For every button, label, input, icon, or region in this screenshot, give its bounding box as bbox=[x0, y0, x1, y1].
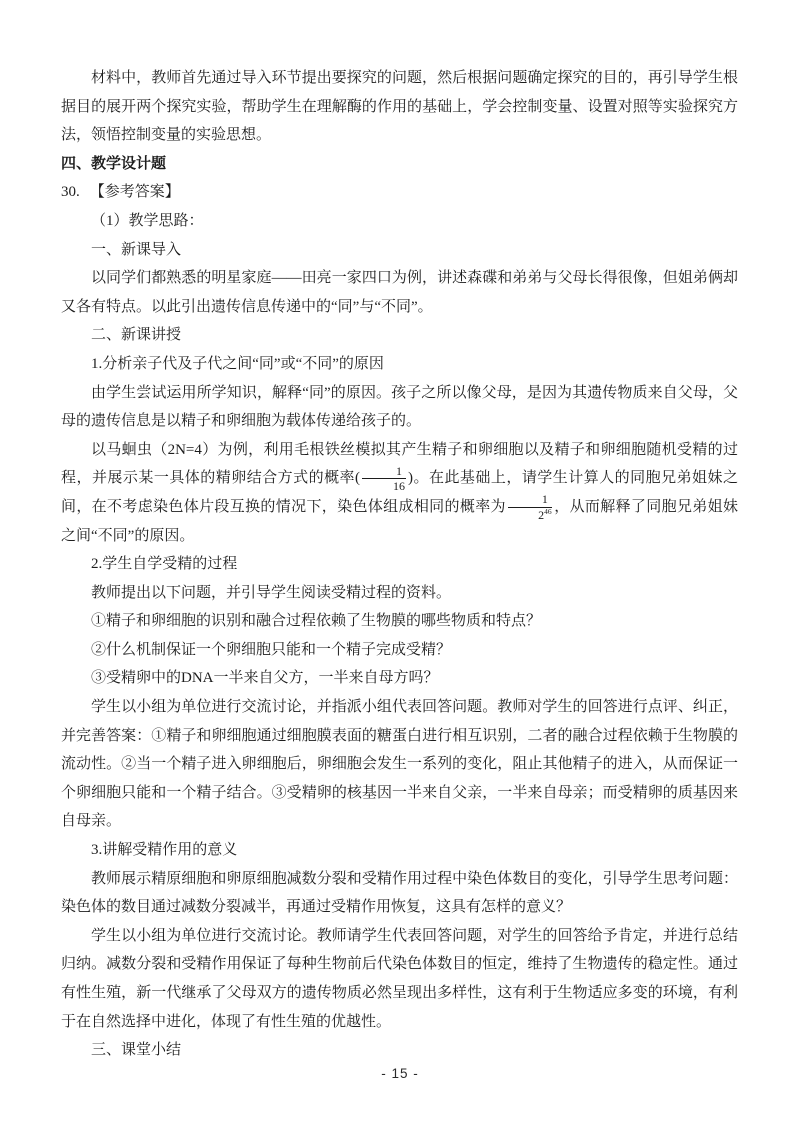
section-heading-teaching-design: 四、教学设计题 bbox=[61, 150, 738, 179]
fraction-1-16-denominator: 16 bbox=[362, 479, 406, 492]
paragraph-point-3-body: 教师展示精原细胞和卵原细胞减数分裂和受精作用过程中染色体数目的变化，引导学生思考… bbox=[61, 865, 738, 922]
fraction-1-2pow46-numerator: 1 bbox=[508, 493, 552, 507]
paragraph-point-1-math: 以马蛔虫（2N=4）为例，利用毛根铁丝模拟其产生精子和卵细胞以及精子和卵细胞随机… bbox=[61, 436, 738, 550]
fraction-1-16-numerator: 1 bbox=[362, 465, 406, 479]
document-body: 材料中，教师首先通过导入环节提出要探究的问题，然后根据问题确定探究的目的，再引导… bbox=[61, 64, 738, 1065]
step-2-heading: 二、新课讲授 bbox=[61, 321, 738, 350]
point-1-title: 1.分析亲子代及子代之间“同”或“不同”的原因 bbox=[61, 350, 738, 379]
sub-question-1-label: （1）教学思路： bbox=[61, 207, 738, 236]
paragraph-point-2-intro: 教师提出以下问题，并引导学生阅读受精过程的资料。 bbox=[61, 579, 738, 608]
question-item-3: ③受精卵中的DNA一半来自父方，一半来自母方吗？ bbox=[61, 664, 738, 693]
paragraph-step-1-body: 以同学们都熟悉的明星家庭——田亮一家四口为例，讲述森碟和弟弟与父母长得很像，但姐… bbox=[61, 264, 738, 321]
step-3-heading: 三、课堂小结 bbox=[61, 1036, 738, 1065]
answer-30-line: 30.【参考答案】 bbox=[61, 178, 738, 207]
paragraph-point-3-discussion: 学生以小组为单位进行交流讨论。教师请学生代表回答问题，对学生的回答给予肯定，并进… bbox=[61, 922, 738, 1036]
document-page: 材料中，教师首先通过导入环节提出要探究的问题，然后根据问题确定探究的目的，再引导… bbox=[0, 0, 800, 1132]
fraction-denominator-exponent: 46 bbox=[544, 507, 552, 516]
paragraph-point-1-body: 由学生尝试运用所学知识，解释“同”的原因。孩子之所以像父母，是因为其遗传物质来自… bbox=[61, 379, 738, 436]
step-1-heading: 一、新课导入 bbox=[61, 236, 738, 265]
answer-30-number: 30. bbox=[61, 184, 80, 200]
answer-30-label: 【参考答案】 bbox=[90, 184, 180, 200]
paragraph-materials-summary: 材料中，教师首先通过导入环节提出要探究的问题，然后根据问题确定探究的目的，再引导… bbox=[61, 64, 738, 150]
page-number: - 15 - bbox=[0, 1066, 800, 1081]
point-2-title: 2.学生自学受精的过程 bbox=[61, 550, 738, 579]
paragraph-point-2-discussion: 学生以小组为单位进行交流讨论，并指派小组代表回答问题。教师对学生的回答进行点评、… bbox=[61, 693, 738, 836]
fraction-1-16: 116 bbox=[362, 465, 406, 492]
point-3-title: 3.讲解受精作用的意义 bbox=[61, 836, 738, 865]
fraction-1-2pow46: 1246 bbox=[508, 493, 552, 520]
fraction-1-2pow46-denominator: 246 bbox=[508, 508, 552, 521]
question-item-1: ①精子和卵细胞的识别和融合过程依赖了生物膜的哪些物质和特点？ bbox=[61, 607, 738, 636]
question-item-2: ②什么机制保证一个卵细胞只能和一个精子完成受精？ bbox=[61, 636, 738, 665]
